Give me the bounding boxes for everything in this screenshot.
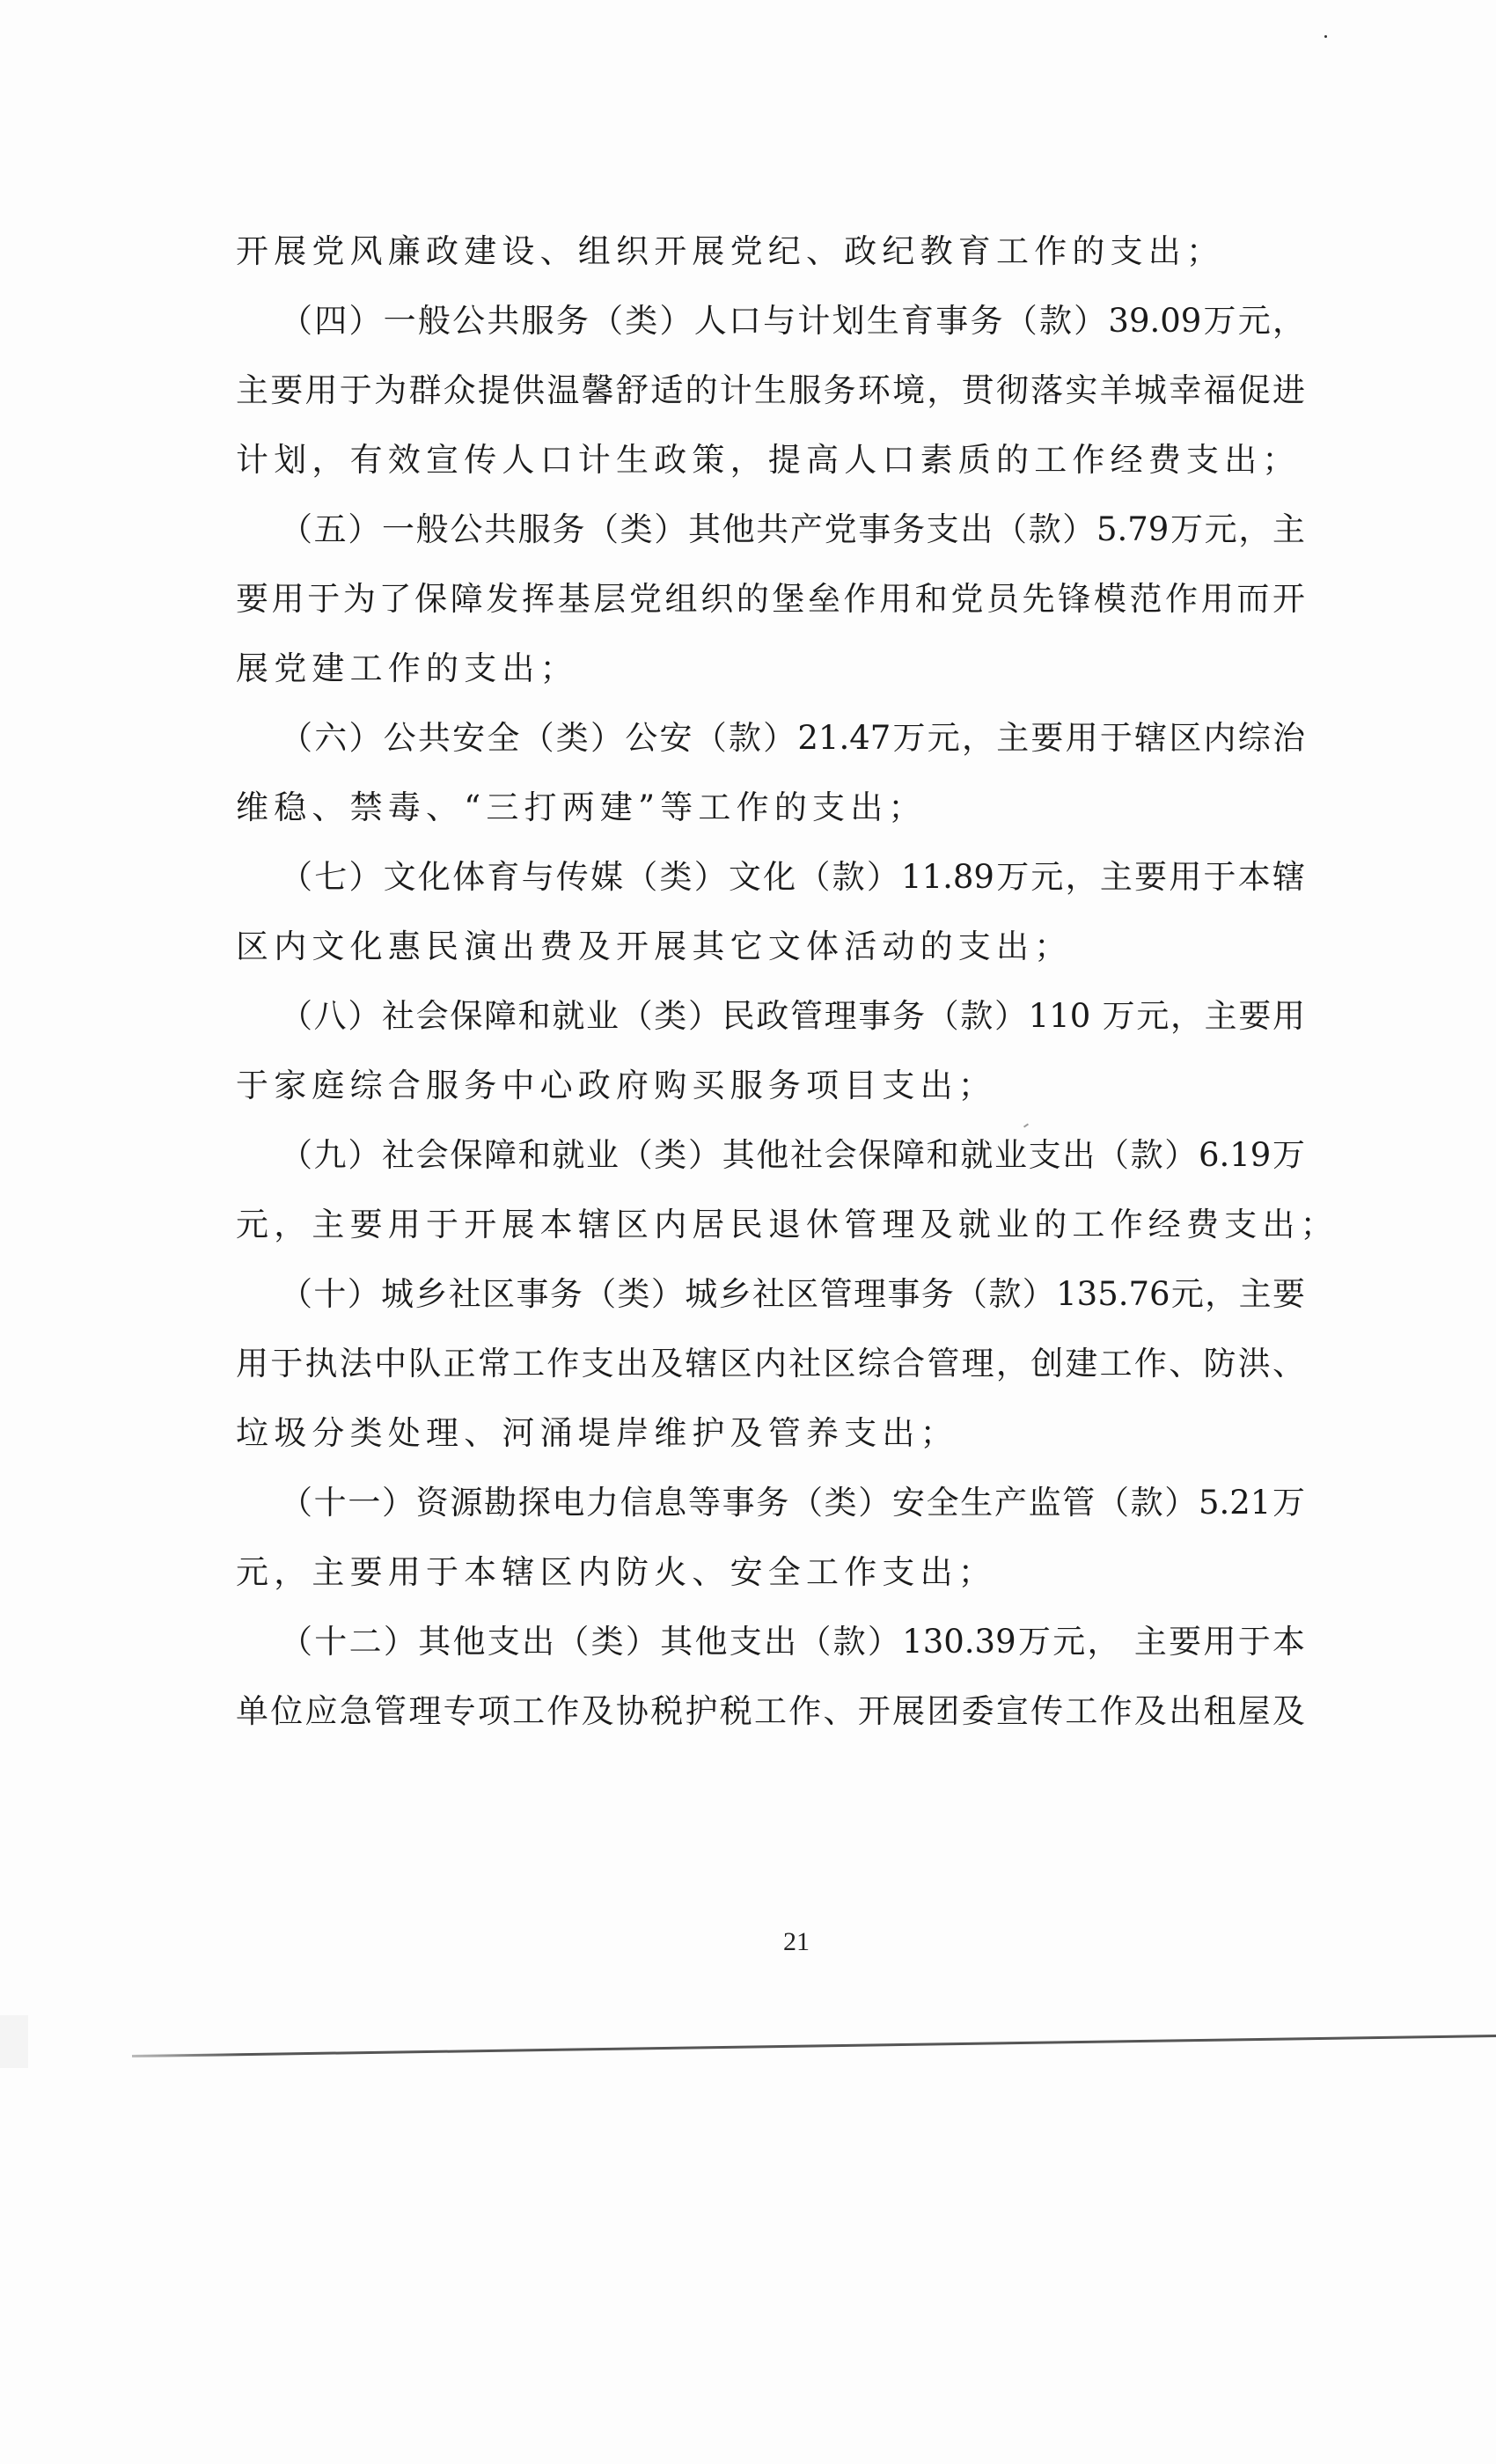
text-line: （六）公共安全（类）公安（款）21.47万元，主要用于辖区内综治 [236, 703, 1305, 773]
text-line: 开展党风廉政建设、组织开展党纪、政纪教育工作的支出； [236, 216, 1305, 286]
text-line: （四）一般公共服务（类）人口与计划生育事务（款）39.09万元， [236, 286, 1305, 356]
text-line: （十）城乡社区事务（类）城乡社区管理事务（款）135.76元，主要 [236, 1259, 1305, 1329]
text-line: 要用于为了保障发挥基层党组织的堡垒作用和党员先锋模范作用而开 [236, 564, 1305, 634]
document-page: 开展党风廉政建设、组织开展党纪、政纪教育工作的支出； （四）一般公共服务（类）人… [0, 0, 1496, 2464]
text-line: （十一）资源勘探电力信息等事务（类）安全生产监管（款）5.21万 [236, 1468, 1305, 1537]
text-line: 计划，有效宣传人口计生政策，提高人口素质的工作经费支出； [236, 425, 1305, 495]
text-line: 于家庭综合服务中心政府购买服务项目支出； [236, 1051, 1305, 1120]
scan-artifact-dot [1324, 35, 1327, 38]
text-line: （七）文化体育与传媒（类）文化（款）11.89万元，主要用于本辖 [236, 842, 1305, 912]
scan-edge-shadow [0, 2015, 28, 2068]
text-line: 用于执法中队正常工作支出及辖区内社区综合管理，创建工作、防洪、 [236, 1329, 1305, 1398]
text-line: 单位应急管理专项工作及协税护税工作、开展团委宣传工作及出租屋及 [236, 1676, 1305, 1746]
page-bottom-rule [132, 2035, 1496, 2057]
body-text: 开展党风廉政建设、组织开展党纪、政纪教育工作的支出； （四）一般公共服务（类）人… [236, 216, 1305, 1746]
text-line: 区内文化惠民演出费及开展其它文体活动的支出； [236, 912, 1305, 981]
text-line: 维稳、禁毒、“三打两建”等工作的支出； [236, 773, 1305, 842]
text-line: 元，主要用于本辖区内防火、安全工作支出； [236, 1537, 1305, 1607]
text-line: （十二）其他支出（类）其他支出（款）130.39万元， 主要用于本 [236, 1607, 1305, 1676]
text-line: （八）社会保障和就业（类）民政管理事务（款）110 万元，主要用 [236, 981, 1305, 1051]
text-line: 元，主要用于开展本辖区内居民退休管理及就业的工作经费支出； [236, 1190, 1305, 1259]
text-line: 主要用于为群众提供温馨舒适的计生服务环境，贯彻落实羊城幸福促进 [236, 356, 1305, 425]
page-number: 21 [774, 1927, 818, 1957]
text-line: （五）一般公共服务（类）其他共产党事务支出（款）5.79万元，主 [236, 495, 1305, 564]
text-line: （九）社会保障和就业（类）其他社会保障和就业支出（款）6.19万 [236, 1120, 1305, 1190]
text-line: 垃圾分类处理、河涌堤岸维护及管养支出； [236, 1398, 1305, 1468]
text-line: 展党建工作的支出； [236, 634, 1305, 703]
